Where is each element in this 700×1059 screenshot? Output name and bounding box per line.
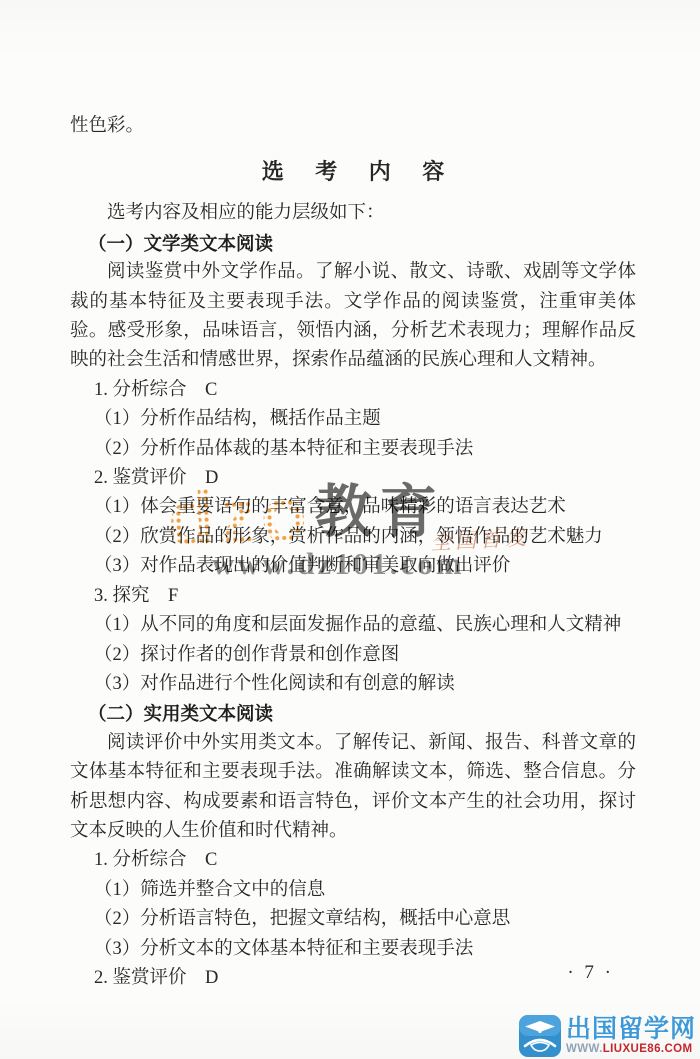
section-2-heading: （二）实用类文本阅读 [70, 699, 636, 728]
list-item: （3）对作品进行个性化阅读和有创意的解读 [70, 670, 636, 699]
list-item: （2）分析作品体裁的基本特征和主要表现手法 [70, 435, 636, 464]
site-name: 出国留学网 [566, 1016, 696, 1042]
list-item: 3. 探究 F [70, 582, 636, 611]
list-item: （3）对作品表现出的价值判断和审美取向做出评价 [70, 552, 636, 581]
list-item: （2）欣赏作品的形象，赏析作品的内涵，领悟作品的艺术魅力 [70, 523, 636, 552]
section-title: 选 考 内 容 [70, 157, 636, 187]
list-item: （2）探讨作者的创作背景和创作意图 [70, 641, 636, 670]
page-content: 性色彩。 选 考 内 容 选考内容及相应的能力层级如下： （一）文学类文本阅读 … [70, 112, 636, 993]
section-1-paragraph: 阅读鉴赏中外文学作品。了解小说、散文、诗歌、戏剧等文学体裁的基本特征及主要表现手… [70, 258, 636, 376]
site-url: WWW.LIUXUE86.COM [566, 1042, 693, 1056]
list-item: （1）体会重要语句的丰富含意，品味精彩的语言表达艺术 [70, 493, 636, 522]
list-item: 2. 鉴赏评价 D [70, 964, 636, 993]
site-url-prefix: WWW. [566, 1043, 603, 1055]
page-number: · 7 · [567, 962, 614, 984]
list-item: （2）分析语言特色，把握文章结构，概括中心意思 [70, 905, 636, 934]
list-item: 1. 分析综合 C [70, 846, 636, 875]
list-item: 2. 鉴赏评价 D [70, 464, 636, 493]
graduation-cap-icon [519, 1015, 561, 1057]
section-2-paragraph: 阅读评价中外实用类文本。了解传记、新闻、报告、科普文章的文体基本特征和主要表现手… [70, 729, 636, 847]
site-url-main: LIUXUE86.COM [603, 1043, 693, 1055]
intro-line: 选考内容及相应的能力层级如下： [70, 199, 636, 228]
section-1-heading: （一）文学类文本阅读 [70, 229, 636, 258]
logo-text-block: 出国留学网 WWW.LIUXUE86.COM [566, 1016, 696, 1056]
leading-text: 性色彩。 [70, 112, 636, 141]
list-item: （1）从不同的角度和层面发掘作品的意蕴、民族心理和人文精神 [70, 611, 636, 640]
scanned-document-page: 性色彩。 选 考 内 容 选考内容及相应的能力层级如下： （一）文学类文本阅读 … [0, 0, 700, 1059]
list-item: （1）筛选并整合文中的信息 [70, 876, 636, 905]
list-item: （3）分析文本的文体基本特征和主要表现手法 [70, 935, 636, 964]
list-item: 1. 分析综合 C [70, 376, 636, 405]
liuxue86-logo: 出国留学网 WWW.LIUXUE86.COM [519, 1015, 696, 1057]
list-item: （1）分析作品结构，概括作品主题 [70, 405, 636, 434]
